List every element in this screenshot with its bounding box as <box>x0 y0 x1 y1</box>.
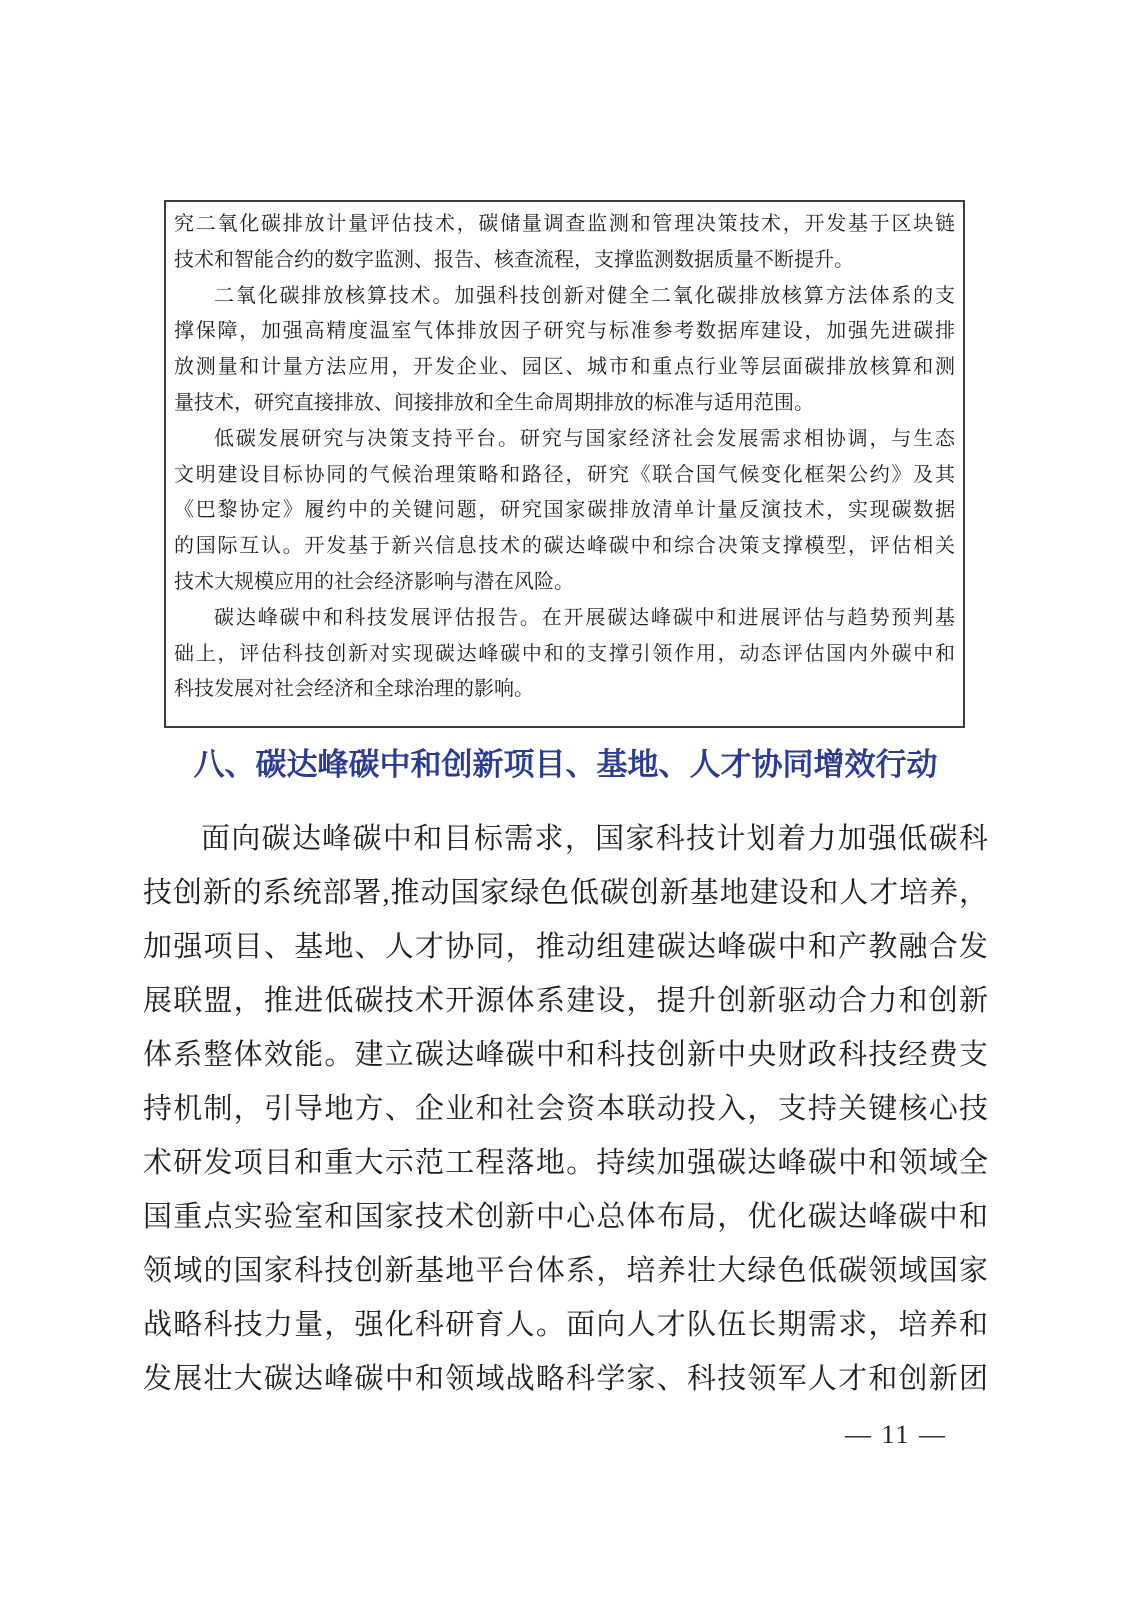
body-paragraph: 面向碳达峰碳中和目标需求，国家科技计划着力加强低碳科 技创新的系统部署,推动国家… <box>143 812 988 1406</box>
body-text-line: 加强项目、基地、人才协同，推动组建碳达峰碳中和产教融合发 <box>143 920 988 974</box>
body-text-line: 持机制，引导地方、企业和社会资本联动投入，支持关键核心技 <box>143 1082 988 1136</box>
page-number: — 11 — <box>845 1415 947 1455</box>
box-text-line: 技术和智能合约的数字监测、报告、核查流程，支撑监测数据质量不断提升。 <box>174 243 955 279</box>
box-text-line: 文明建设目标协同的气候治理策略和路径，研究《联合国气候变化框架公约》及其 <box>174 458 955 494</box>
body-text-line: 术研发项目和重大示范工程落地。持续加强碳达峰碳中和领域全 <box>143 1136 988 1190</box>
body-text-line: 战略科技力量，强化科研育人。面向人才队伍长期需求，培养和 <box>143 1298 988 1352</box>
body-text-line: 国重点实验室和国家技术创新中心总体布局，优化碳达峰碳中和 <box>143 1190 988 1244</box>
box-text-line: 量技术，研究直接排放、间接排放和全生命周期排放的标准与适用范围。 <box>174 386 955 422</box>
boxed-text-section: 究二氧化碳排放计量评估技术，碳储量调查监测和管理决策技术，开发基于区块链 技术和… <box>164 200 965 728</box>
body-text-line: 面向碳达峰碳中和目标需求，国家科技计划着力加强低碳科 <box>143 812 988 866</box>
box-text-line: 二氧化碳排放核算技术。加强科技创新对健全二氧化碳排放核算方法体系的支 <box>174 279 955 315</box>
box-text-line: 础上，评估科技创新对实现碳达峰碳中和的支撑引领作用，动态评估国内外碳中和 <box>174 637 955 673</box>
box-text-line: 低碳发展研究与决策支持平台。研究与国家经济社会发展需求相协调，与生态 <box>174 422 955 458</box>
box-text-line: 《巴黎协定》履约中的关键问题，研究国家碳排放清单计量反演技术，实现碳数据 <box>174 493 955 529</box>
body-text-line: 发展壮大碳达峰碳中和领域战略科学家、科技领军人才和创新团 <box>143 1352 988 1406</box>
body-text-line: 体系整体效能。建立碳达峰碳中和科技创新中央财政科技经费支 <box>143 1028 988 1082</box>
body-text-line: 展联盟，推进低碳技术开源体系建设，提升创新驱动合力和创新 <box>143 974 988 1028</box>
box-text-line: 撑保障，加强高精度温室气体排放因子研究与标准参考数据库建设，加强先进碳排 <box>174 314 955 350</box>
document-page: { "document": { "boxed_section": { "line… <box>0 0 1131 1600</box>
body-text-line: 技创新的系统部署,推动国家绿色低碳创新基地建设和人才培养， <box>143 866 988 920</box>
box-text-line: 科技发展对社会经济和全球治理的影响。 <box>174 672 955 708</box>
box-text-line: 技术大规模应用的社会经济影响与潜在风险。 <box>174 565 955 601</box>
box-text-line: 究二氧化碳排放计量评估技术，碳储量调查监测和管理决策技术，开发基于区块链 <box>174 207 955 243</box>
box-text-line: 放测量和计量方法应用，开发企业、园区、城市和重点行业等层面碳排放核算和测 <box>174 350 955 386</box>
body-text-line: 领域的国家科技创新基地平台体系，培养壮大绿色低碳领域国家 <box>143 1244 988 1298</box>
section-heading: 八、碳达峰碳中和创新项目、基地、人才协同增效行动 <box>0 744 1131 786</box>
box-text-line: 的国际互认。开发基于新兴信息技术的碳达峰碳中和综合决策支撑模型，评估相关 <box>174 529 955 565</box>
box-text-line: 碳达峰碳中和科技发展评估报告。在开展碳达峰碳中和进展评估与趋势预判基 <box>174 601 955 637</box>
